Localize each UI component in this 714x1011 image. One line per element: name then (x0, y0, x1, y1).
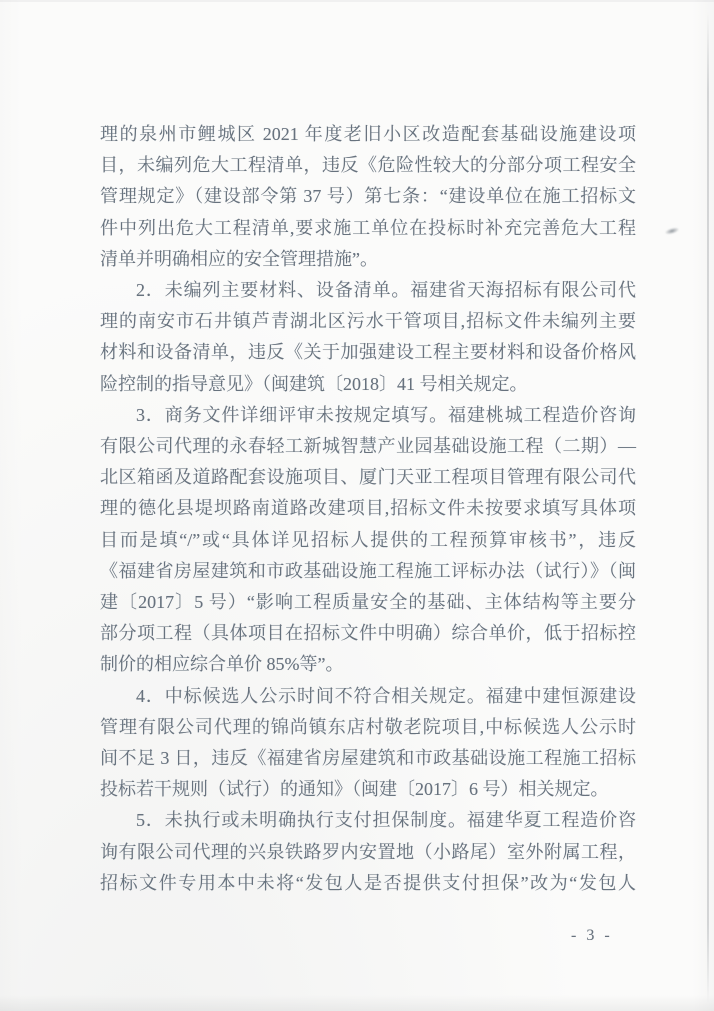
scan-top-edge (0, 0, 714, 2)
text-line: 北区箱函及道路配套设施项目、厦门天亚工程项目管理有限公司代 (100, 462, 636, 493)
text-line: 5．未执行或未明确执行支付担保制度。福建华夏工程造价咨 (100, 805, 636, 836)
page-number: - 3 - (571, 927, 613, 945)
text-line: 建〔2017〕5 号）“影响工程质量安全的基础、主体结构等主要分 (100, 587, 636, 618)
text-line: 招标文件专用本中未将“发包人是否提供支付担保”改为“发包人 (100, 868, 636, 899)
text-line: 目而是填“/”或“具体详见招标人提供的工程预算审核书”，违反 (100, 525, 636, 556)
text-line: 清单并明确相应的安全管理措施”。 (100, 244, 636, 275)
text-line: 制价的相应综合单价 85%等”。 (100, 649, 636, 680)
text-line: 投标若干规则（试行）的通知》（闽建〔2017〕6 号）相关规定。 (100, 774, 636, 805)
text-line: 询有限公司代理的兴泉铁路罗内安置地（小路尾）室外附属工程， (100, 837, 636, 868)
text-line: 管理规定》（建设部令第 37 号）第七条：“建设单位在施工招标文 (100, 181, 636, 212)
scan-edge-line (707, 12, 709, 1004)
text-line: 2．未编列主要材料、设备清单。福建省天海招标有限公司代 (100, 275, 636, 306)
text-line: 管理有限公司代理的锦尚镇东店村敬老院项目,中标候选人公示时 (100, 712, 636, 743)
text-line: 险控制的指导意见》（闽建筑〔2018〕41 号相关规定。 (100, 369, 636, 400)
text-line: 材料和设备清单，违反《关于加强建设工程主要材料和设备价格风 (100, 337, 636, 368)
text-line: 目，未编列危大工程清单，违反《危险性较大的分部分项工程安全 (100, 150, 636, 181)
text-line: 理的南安市石井镇芦青湖北区污水干管项目,招标文件未编列主要 (100, 306, 636, 337)
document-body: 理的泉州市鲤城区 2021 年度老旧小区改造配套基础设施建设项目，未编列危大工程… (100, 119, 636, 899)
text-line: 有限公司代理的永春轻工新城智慧产业园基础设施工程（二期）— (100, 431, 636, 462)
text-line: 间不足 3 日，违反《福建省房屋建筑和市政基础设施工程施工招标 (100, 743, 636, 774)
text-line: 理的德化县堤坝路南道路改建项目,招标文件未按要求填写具体项 (100, 493, 636, 524)
text-line: 理的泉州市鲤城区 2021 年度老旧小区改造配套基础设施建设项 (100, 119, 636, 150)
text-line: 《福建省房屋建筑和市政基础设施工程施工评标办法（试行）》（闽 (100, 556, 636, 587)
text-line: 3．商务文件详细评审未按规定填写。福建桃城工程造价咨询 (100, 400, 636, 431)
scan-smudge-mark (661, 224, 682, 237)
scanned-page: 理的泉州市鲤城区 2021 年度老旧小区改造配套基础设施建设项目，未编列危大工程… (0, 0, 714, 1011)
scan-bottom-shade (0, 995, 714, 1011)
text-line: 件中列出危大工程清单,要求施工单位在投标时补充完善危大工程 (100, 213, 636, 244)
text-line: 部分项工程（具体项目在招标文件中明确）综合单价，低于招标控 (100, 618, 636, 649)
text-line: 4．中标候选人公示时间不符合相关规定。福建中建恒源建设 (100, 681, 636, 712)
